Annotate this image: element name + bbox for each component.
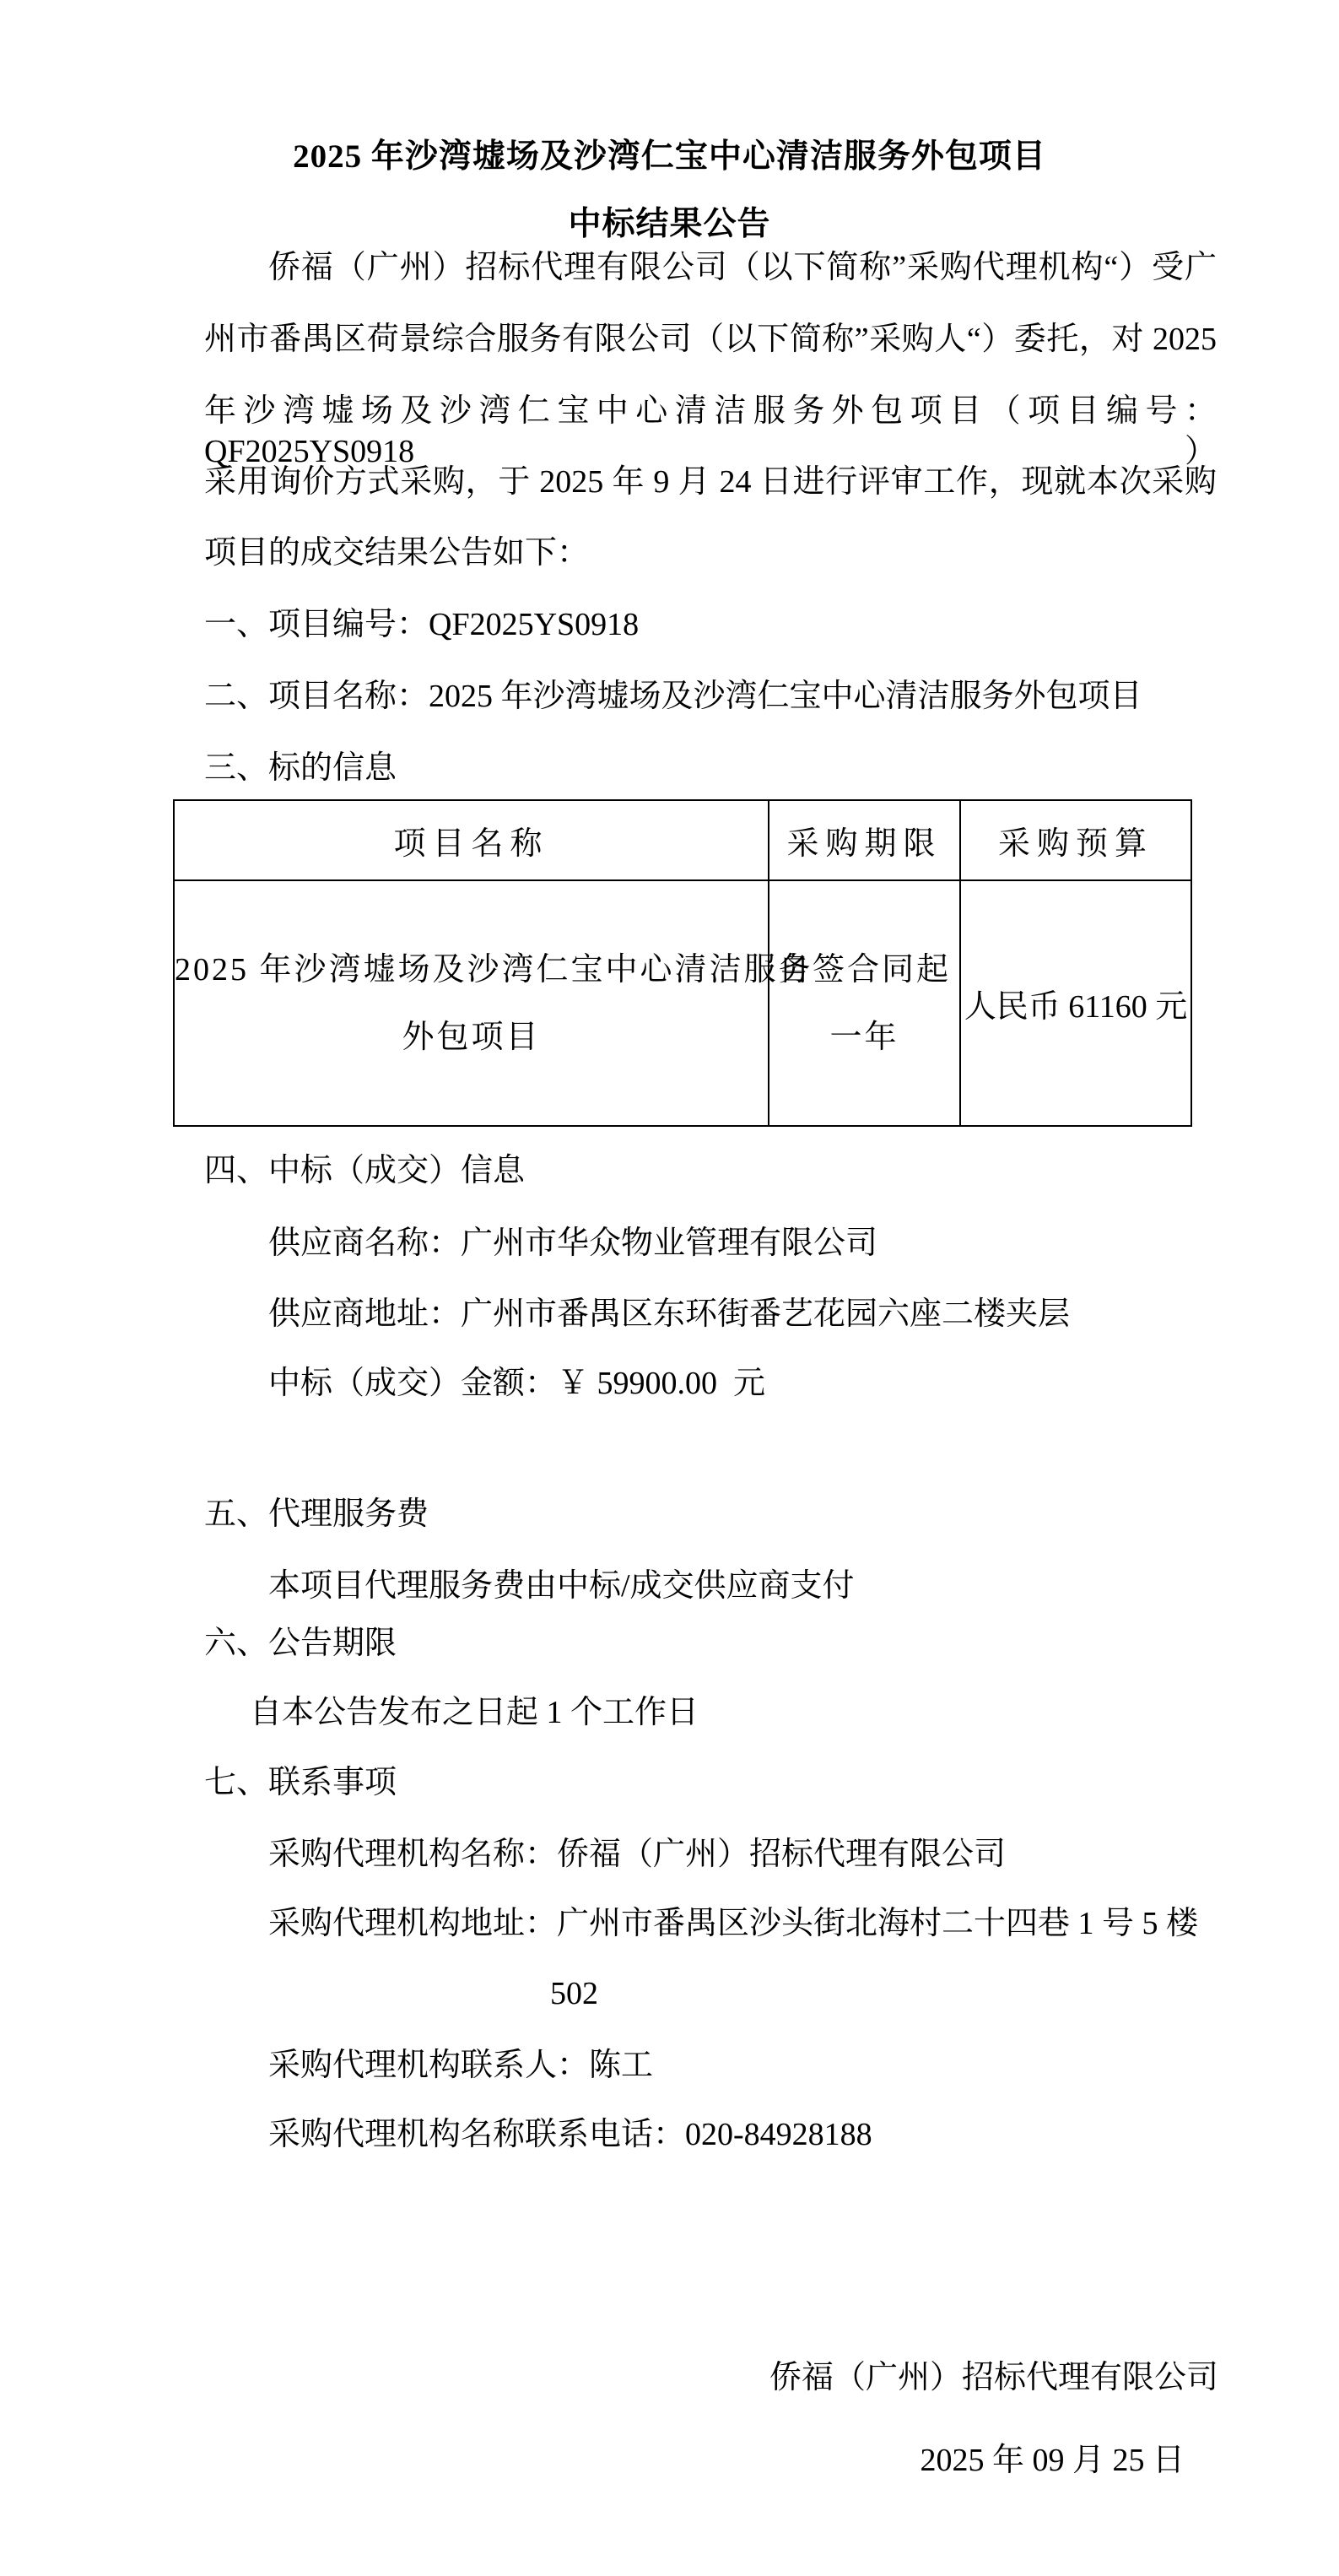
item-project-number: 一、项目编号：QF2025YS0918 — [204, 605, 639, 646]
table-row: 2025 年沙湾墟场及沙湾仁宝中心清洁服务 外包项目 自签合同起 一年 人民币 … — [174, 880, 1191, 1126]
cell-project-name-line2: 外包项目 — [175, 1004, 768, 1071]
cell-purchase-budget: 人民币 61160 元 — [960, 880, 1191, 1126]
agency-address-line1: 采购代理机构地址：广州市番禺区沙头街北海村二十四巷 1 号 5 楼 — [268, 1904, 1198, 1945]
item-agency-fee-heading: 五、代理服务费 — [204, 1495, 429, 1535]
cell-project-name-line1: 2025 年沙湾墟场及沙湾仁宝中心清洁服务 — [175, 936, 768, 1004]
agency-address-line2: 502 — [550, 1974, 598, 2015]
footer-company: 侨福（广州）招标代理有限公司 — [769, 2358, 1218, 2399]
item-contact-heading: 七、联系事项 — [204, 1763, 397, 1804]
intro-line-3: 年沙湾墟场及沙湾仁宝中心清洁服务外包项目（项目编号：QF2025YS0918） — [204, 392, 1217, 472]
col-header-purchase-term: 采购期限 — [769, 800, 960, 880]
item-notice-period-heading: 六、公告期限 — [204, 1624, 397, 1664]
agency-name: 采购代理机构名称：侨福（广州）招标代理有限公司 — [268, 1835, 1006, 1875]
intro-line-4: 采用询价方式采购，于 2025 年 9 月 24 日进行评审工作，现就本次采购 — [204, 463, 1217, 503]
col-header-purchase-budget: 采购预算 — [960, 800, 1191, 880]
agency-contact-person: 采购代理机构联系人：陈工 — [268, 2046, 653, 2086]
award-amount: 中标（成交）金额：￥ 59900.00 元 — [268, 1364, 765, 1404]
supplier-name: 供应商名称：广州市华众物业管理有限公司 — [268, 1224, 877, 1264]
intro-line-2: 州市番禺区荷景综合服务有限公司（以下简称”采购人“）委托，对 2025 — [204, 320, 1217, 360]
footer-date: 2025 年 09 月 25 日 — [920, 2441, 1185, 2481]
item-award-heading: 四、中标（成交）信息 — [204, 1151, 525, 1192]
cell-purchase-term: 自签合同起 一年 — [769, 880, 960, 1126]
doc-title-line1: 2025 年沙湾墟场及沙湾仁宝中心清洁服务外包项目 — [0, 137, 1339, 178]
intro-line-5: 项目的成交结果公告如下： — [204, 533, 1217, 574]
subject-info-table: 项目名称 采购期限 采购预算 2025 年沙湾墟场及沙湾仁宝中心清洁服务 外包项… — [173, 799, 1192, 1127]
cell-purchase-term-line1: 自签合同起 — [769, 936, 959, 1004]
intro-line-1: 侨福（广州）招标代理有限公司（以下简称”采购代理机构“）受广 — [204, 248, 1217, 289]
supplier-address: 供应商地址：广州市番禺区东环街番艺花园六座二楼夹层 — [268, 1295, 1070, 1335]
doc-title-line2: 中标结果公告 — [0, 204, 1339, 246]
col-header-project-name: 项目名称 — [174, 800, 769, 880]
cell-project-name: 2025 年沙湾墟场及沙湾仁宝中心清洁服务 外包项目 — [174, 880, 769, 1126]
notice-period-text: 自本公告发布之日起 1 个工作日 — [250, 1693, 699, 1734]
item-subject-heading: 三、标的信息 — [204, 749, 397, 789]
agency-fee-note: 本项目代理服务费由中标/成交供应商支付 — [268, 1567, 855, 1607]
table-header-row: 项目名称 采购期限 采购预算 — [174, 800, 1191, 880]
cell-purchase-term-line2: 一年 — [769, 1004, 959, 1071]
agency-phone: 采购代理机构名称联系电话：020-84928188 — [268, 2115, 872, 2156]
item-project-name: 二、项目名称：2025 年沙湾墟场及沙湾仁宝中心清洁服务外包项目 — [204, 677, 1142, 717]
